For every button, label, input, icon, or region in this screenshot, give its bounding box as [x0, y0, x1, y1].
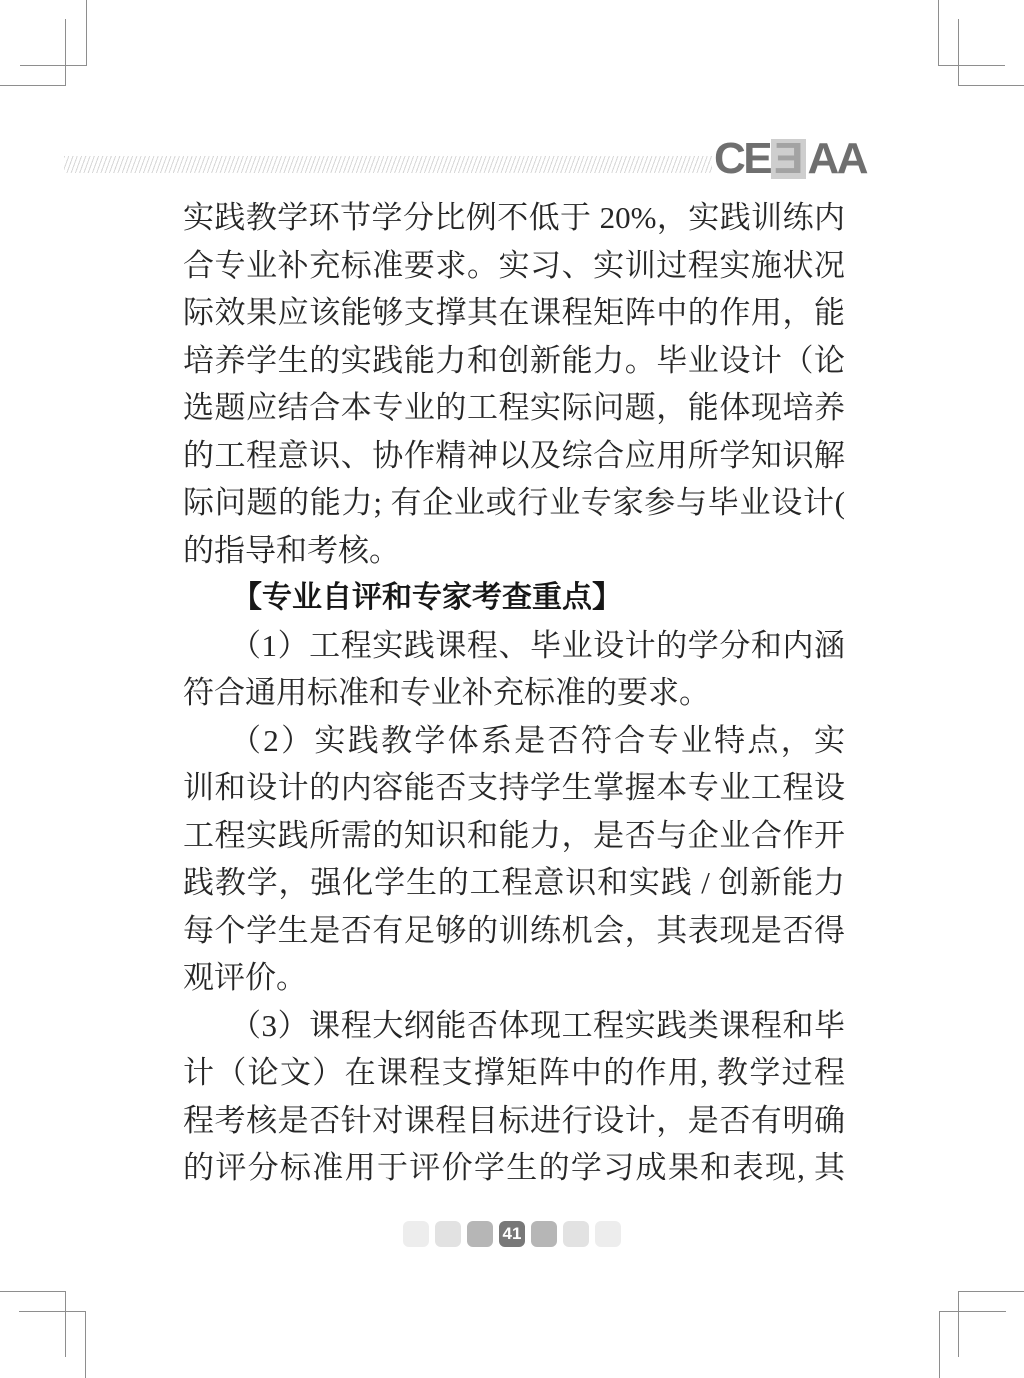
crop-mark-line: [958, 1291, 1024, 1292]
text-line: 训和设计的内容能否支持学生掌握本专业工程设计和: [183, 764, 845, 812]
crop-mark-line: [0, 1291, 66, 1292]
crop-mark-line: [85, 1311, 86, 1378]
pager-square: [595, 1221, 621, 1247]
crop-mark-line: [939, 1311, 940, 1378]
text-line: 符合通用标准和专业补充标准的要求。: [183, 669, 845, 717]
crop-mark-line: [0, 85, 66, 86]
section-heading: 【专业自评和专家考查重点】: [183, 574, 845, 622]
crop-mark-line: [938, 65, 1005, 66]
pager-square: [563, 1221, 589, 1247]
pager-square: [403, 1221, 429, 1247]
crop-mark-line: [939, 1311, 1006, 1312]
text-line: 际问题的能力; 有企业或行业专家参与毕业设计( 论文 ): [183, 479, 845, 527]
text-line: 合专业补充标准要求。实习、实训过程实施状况和实: [183, 242, 845, 290]
text-line: 程考核是否针对课程目标进行设计，是否有明确合理: [183, 1097, 845, 1145]
text-line: 培养学生的实践能力和创新能力。毕业设计（论文）: [183, 337, 845, 385]
crop-mark-line: [958, 1291, 959, 1357]
logo-mirrored-e: E: [774, 137, 803, 181]
logo-middle-box: E: [771, 139, 806, 179]
crop-mark-line: [65, 19, 66, 86]
text-line: （3）课程大纲能否体现工程实践类课程和毕业设: [183, 1002, 845, 1050]
text-line: 践教学，强化学生的工程意识和实践 / 创新能力培养，: [183, 859, 845, 907]
text-line: 的评分标准用于评价学生的学习成果和表现, 其中“及: [183, 1144, 845, 1192]
text-line: （1）工程实践课程、毕业设计的学分和内涵是否: [183, 622, 845, 670]
logo-text-right: AA: [807, 137, 866, 181]
logo-text-left: CE: [714, 137, 770, 181]
pager-square: [435, 1221, 461, 1247]
crop-mark-line: [958, 19, 959, 86]
text-line: 工程实践所需的知识和能力，是否与企业合作开展实: [183, 812, 845, 860]
page-number-badge: 41: [499, 1221, 525, 1247]
crop-mark-line: [86, 0, 87, 65]
text-line: 每个学生是否有足够的训练机会，其表现是否得到客: [183, 907, 845, 955]
crop-mark-line: [19, 1311, 86, 1312]
crop-mark-line: [65, 1291, 66, 1357]
footer-pager: 41: [403, 1221, 621, 1247]
text-line: 实践教学环节学分比例不低于 20%，实践训练内容符: [183, 194, 845, 242]
text-line: 际效果应该能够支撑其在课程矩阵中的作用，能体现: [183, 289, 845, 337]
text-line: 选题应结合本专业的工程实际问题，能体现培养学生: [183, 384, 845, 432]
header-hatch-rule: [64, 156, 712, 173]
text-line: 的工程意识、协作精神以及综合应用所学知识解决实: [183, 432, 845, 480]
pager-square: [531, 1221, 557, 1247]
text-line: 观评价。: [183, 954, 845, 1002]
crop-mark-line: [938, 0, 939, 65]
crop-mark-line: [20, 65, 87, 66]
text-line: 的指导和考核。: [183, 527, 845, 575]
text-line: 计（论文）在课程支撑矩阵中的作用, 教学过程和课: [183, 1049, 845, 1097]
crop-mark-line: [958, 85, 1024, 86]
text-line: （2）实践教学体系是否符合专业特点，实习、实: [183, 717, 845, 765]
page-text: 实践教学环节学分比例不低于 20%，实践训练内容符 合专业补充标准要求。实习、实…: [183, 194, 845, 1192]
ceeaa-logo: CE E AA: [714, 137, 866, 181]
pager-square: [467, 1221, 493, 1247]
